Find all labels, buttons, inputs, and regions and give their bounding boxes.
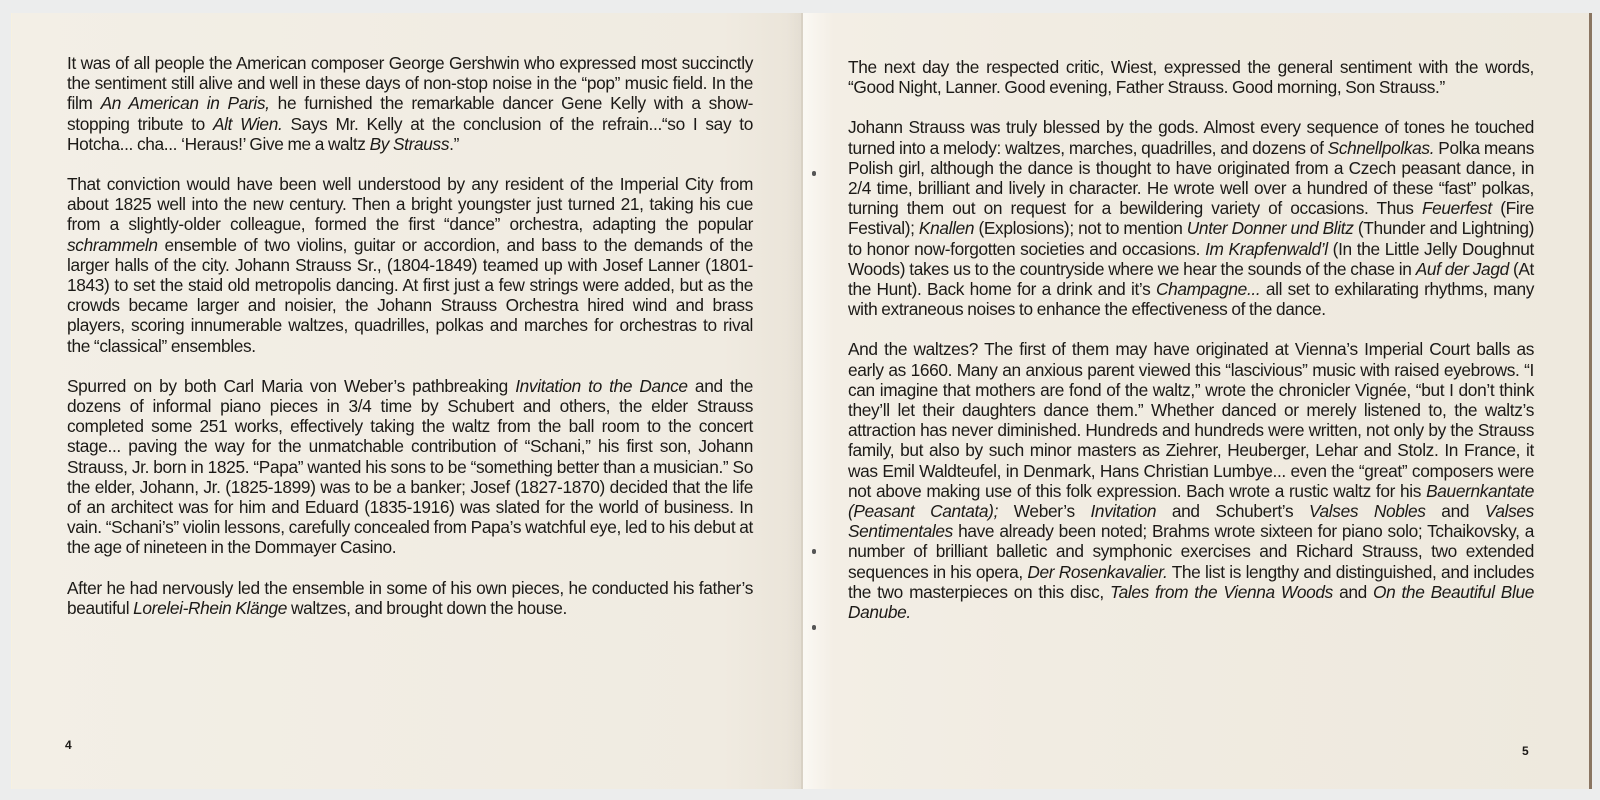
staple-mark (812, 171, 816, 176)
italic-title: schrammeln (67, 235, 158, 255)
italic-title: Auf der Jagd (1416, 259, 1509, 279)
booklet-spine (801, 13, 803, 789)
italic-title: An American in Paris, (101, 93, 270, 113)
italic-title: Unter Donner und Blitz (1187, 218, 1354, 238)
text-run: and (1426, 501, 1485, 521)
italic-title: Champagne... (1156, 279, 1260, 299)
text-run: (Ex­plosions); not to mention (974, 218, 1187, 238)
paragraph: Spurred on by both Carl Maria von Weber’… (67, 376, 753, 558)
text-run: and Schubert’s (1156, 501, 1309, 521)
text-run: ensemble of two violins, guitar or ac­co… (67, 235, 753, 356)
paragraph: And the waltzes? The first of them may h… (848, 339, 1534, 622)
text-run: Spurred on by both Carl Maria von Weber’… (67, 376, 515, 396)
text-run: waltzes, and brought down the house. (287, 598, 567, 618)
text-run: Weber’s (998, 501, 1090, 521)
text-run: The next day the respected critic, Wiest… (848, 57, 1534, 97)
paragraph: After he had nervously led the ensemble … (67, 578, 753, 618)
text-run: and (1333, 582, 1373, 602)
left-page: It was of all people the American compos… (12, 13, 802, 789)
page-number-right: 5 (1522, 744, 1529, 758)
italic-title: Lorelei-Rhein Klänge (133, 598, 287, 618)
staple-mark (812, 549, 816, 554)
text-run: and the dozens of informal piano pieces … (67, 376, 753, 558)
paragraph: That conviction would have been well und… (67, 174, 753, 356)
text-run: And the waltzes? The first of them may h… (848, 339, 1534, 500)
text-run: .” (449, 134, 459, 154)
italic-title: Feuerfest (1422, 198, 1492, 218)
paragraph: It was of all people the American compos… (67, 53, 753, 154)
paragraph: The next day the respected critic, Wiest… (848, 57, 1534, 97)
italic-title: Der Rosenkavalier. (1027, 562, 1167, 582)
italic-title: Invitation to the Dance (515, 376, 687, 396)
right-page-body: The next day the respected critic, Wiest… (848, 57, 1534, 642)
text-run: That conviction would have been well und… (67, 174, 753, 234)
italic-title: By Strauss (370, 134, 450, 154)
italic-title: Alt Wien. (213, 114, 282, 134)
paragraph: Johann Strauss was truly blessed by the … (848, 117, 1534, 319)
italic-title: Im Krapfenwald’l (1205, 239, 1328, 259)
italic-title: Knallen (919, 218, 974, 238)
left-page-body: It was of all people the American compos… (67, 53, 753, 638)
italic-title: Tales from the Vienna Woods (1110, 582, 1333, 602)
page-number-left: 4 (65, 738, 72, 752)
booklet-spread: It was of all people the American compos… (12, 13, 1592, 789)
right-page: The next day the respected critic, Wiest… (802, 13, 1592, 789)
italic-title: Valses Nobles (1309, 501, 1426, 521)
italic-title: Invitation (1090, 501, 1156, 521)
italic-title: Schnellpolkas. (1328, 138, 1435, 158)
staple-mark (812, 625, 816, 630)
